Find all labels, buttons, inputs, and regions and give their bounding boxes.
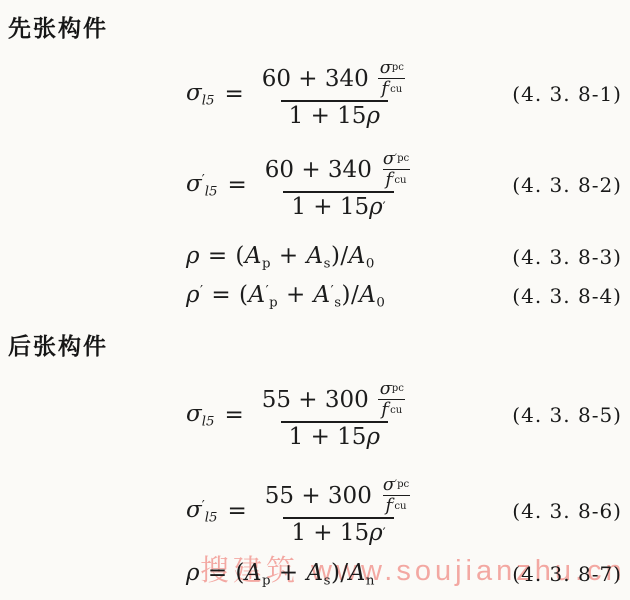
formula-rho: ρ = (Ap + As)/A0 <box>186 243 375 272</box>
denominator: 1 + 15ρ <box>281 100 388 130</box>
equals-sign: = <box>224 402 243 428</box>
numerator: 55 + 300 σ′pc f′cu <box>257 474 420 517</box>
numerator: 60 + 340 σ′pc f′cu <box>257 148 420 191</box>
equation-number: (4. 3. 8-1) <box>512 82 622 106</box>
nested-fraction: σpc f′cu <box>377 379 407 420</box>
numerator: 60 + 340 σpc f′cu <box>254 57 415 100</box>
nested-numerator: σ′pc <box>380 475 412 495</box>
main-fraction: 60 + 340 σpc f′cu 1 + 15ρ <box>254 57 415 131</box>
lhs-variable: σl5 <box>186 80 214 109</box>
section-heading-posttensioned: 后张构件 <box>8 328 108 361</box>
formula-sigma-l5-prime: σ′l5 = 60 + 340 σ′pc f′cu 1 + 15ρ′ <box>186 148 420 222</box>
nested-fraction: σ′pc f′cu <box>380 475 412 516</box>
formula-sigma-l5: σl5 = 60 + 340 σpc f′cu 1 + 15ρ <box>186 57 415 131</box>
equation-row-4-3-8-3: ρ = (Ap + As)/A0 (4. 3. 8-3) <box>186 240 622 274</box>
section-heading-pretensioned: 先张构件 <box>8 10 108 43</box>
equation-row-4-3-8-6: σ′l5 = 55 + 300 σ′pc f′cu 1 + 15ρ′ (4. 3… <box>186 462 622 560</box>
main-fraction: 55 + 300 σ′pc f′cu 1 + 15ρ′ <box>257 474 420 548</box>
equation-row-4-3-8-7: ρ = (Ap + As)/An (4. 3. 8-7) <box>186 556 622 592</box>
document-page: 搜建筑 www.soujianzhu.cn 先张构件 σl5 = 60 + 34… <box>0 0 630 600</box>
numerator: 55 + 300 σpc f′cu <box>254 378 415 421</box>
equation-row-4-3-8-1: σl5 = 60 + 340 σpc f′cu 1 + 15ρ (4. 3. 8… <box>186 50 622 138</box>
equation-row-4-3-8-5: σl5 = 55 + 300 σpc f′cu 1 + 15ρ (4. 3. 8… <box>186 370 622 460</box>
equation-row-4-3-8-4: ρ′ = (A′p + A′s)/A0 (4. 3. 8-4) <box>186 278 622 314</box>
nested-fraction: σpc f′cu <box>377 58 407 99</box>
formula-sigma-l5: σl5 = 55 + 300 σpc f′cu 1 + 15ρ <box>186 378 415 452</box>
nested-numerator: σ′pc <box>380 149 412 169</box>
denominator: 1 + 15ρ′ <box>283 517 393 547</box>
equation-number: (4. 3. 8-5) <box>512 403 622 427</box>
equation-number: (4. 3. 8-6) <box>512 499 622 523</box>
main-fraction: 60 + 340 σ′pc f′cu 1 + 15ρ′ <box>257 148 420 222</box>
equation-row-4-3-8-2: σ′l5 = 60 + 340 σ′pc f′cu 1 + 15ρ′ (4. 3… <box>186 138 622 232</box>
equation-number: (4. 3. 8-4) <box>512 284 622 308</box>
main-fraction: 55 + 300 σpc f′cu 1 + 15ρ <box>254 378 415 452</box>
equals-sign: = <box>227 172 246 198</box>
formula-rho-net: ρ = (Ap + As)/An <box>186 560 375 589</box>
formula-rho-prime: ρ′ = (A′p + A′s)/A0 <box>186 282 385 311</box>
nested-fraction: σ′pc f′cu <box>380 149 412 190</box>
denominator: 1 + 15ρ <box>281 421 388 451</box>
nested-numerator: σpc <box>377 379 407 399</box>
denominator: 1 + 15ρ′ <box>283 191 393 221</box>
lhs-variable: σ′l5 <box>186 171 217 200</box>
equation-number: (4. 3. 8-3) <box>512 245 622 269</box>
equation-number: (4. 3. 8-2) <box>512 173 622 197</box>
equation-number: (4. 3. 8-7) <box>512 562 622 586</box>
nested-denominator: f′cu <box>383 495 410 516</box>
lhs-variable: σ′l5 <box>186 497 217 526</box>
lhs-variable: σl5 <box>186 401 214 430</box>
equals-sign: = <box>227 498 246 524</box>
equals-sign: = <box>224 81 243 107</box>
formula-sigma-l5-prime: σ′l5 = 55 + 300 σ′pc f′cu 1 + 15ρ′ <box>186 474 420 548</box>
nested-denominator: f′cu <box>378 399 405 420</box>
nested-denominator: f′cu <box>378 78 405 99</box>
nested-denominator: f′cu <box>383 169 410 190</box>
nested-numerator: σpc <box>377 58 407 78</box>
